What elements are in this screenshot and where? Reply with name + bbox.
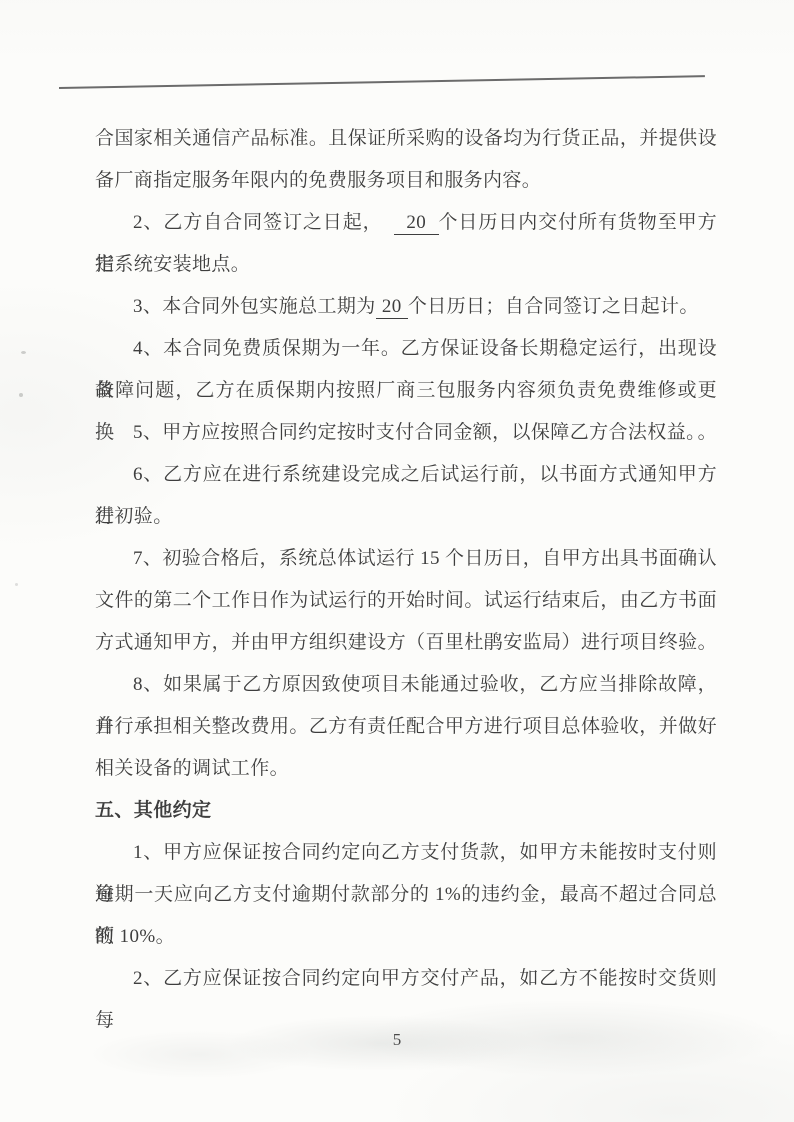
text-run: 2、乙方自合同签订之日起，: [133, 212, 394, 233]
text-line: 8、如果属于乙方原因致使项目未能通过验收，乙方应当排除故障，并: [95, 664, 717, 706]
text-line: 2、乙方应保证按合同约定向甲方交付产品，如乙方不能按时交货则每: [95, 958, 717, 1000]
text-run: 个日历日；自合同签订之日起计。: [408, 296, 699, 317]
text-run: 备厂商指定服务年限内的免费服务项目和服务内容。: [95, 170, 541, 191]
text-run: 7、初验合格后，系统总体试运行 15 个日历日，自甲方出具书面确认: [133, 548, 717, 569]
underlined-value: 20: [394, 212, 439, 235]
text-line: 合国家相关通信产品标准。且保证所采购的设备均为行货正品，并提供设: [95, 118, 717, 160]
text-line: 1、甲方应保证按合同约定向乙方支付货款，如甲方未能按时支付则每: [95, 832, 717, 874]
text-line: 文件的第二个工作日作为试运行的开始时间。试运行结束后，由乙方书面: [95, 580, 717, 622]
text-line: 备厂商指定服务年限内的免费服务项目和服务内容。: [95, 160, 717, 202]
text-run: 5、甲方应按照合同约定按时支付合同金额，以保障乙方合法权益。: [133, 422, 706, 443]
text-line: 6、乙方应在进行系统建设完成之后试运行前，以书面方式通知甲方进: [95, 454, 717, 496]
header-rule-line: [59, 75, 705, 88]
text-line: 定系统安装地点。: [95, 244, 717, 286]
text-run: 文件的第二个工作日作为试运行的开始时间。试运行结束后，由乙方书面: [95, 590, 717, 611]
text-run: 的 10%。: [95, 926, 175, 947]
text-run: 自行承担相关整改费用。乙方有责任配合甲方进行项目总体验收，并做好: [95, 716, 717, 737]
text-run: 合国家相关通信产品标准。且保证所采购的设备均为行货正品，并提供设: [95, 128, 717, 149]
scan-speck: [21, 351, 26, 354]
page-number: 5: [0, 1028, 794, 1052]
scan-speck: [19, 393, 23, 397]
scanned-contract-page: { "page": { "number": "5", "background_c…: [0, 0, 794, 1122]
text-run: 3、本合同外包实施总工期为: [133, 296, 376, 317]
underlined-value: 20: [376, 296, 408, 319]
text-run: 行初验。: [95, 506, 173, 527]
text-line: 自行承担相关整改费用。乙方有责任配合甲方进行项目总体验收，并做好: [95, 706, 717, 748]
text-line: 4、本合同免费质保期为一年。乙方保证设备长期稳定运行，出现设备: [95, 328, 717, 370]
document-body: 合国家相关通信产品标准。且保证所采购的设备均为行货正品，并提供设备厂商指定服务年…: [95, 118, 717, 1000]
text-run: 定系统安装地点。: [95, 254, 250, 275]
section-heading: 五、其他约定: [95, 790, 717, 832]
text-line: 的 10%。: [95, 916, 717, 958]
text-line: 7、初验合格后，系统总体试运行 15 个日历日，自甲方出具书面确认: [95, 538, 717, 580]
text-line: 2、乙方自合同签订之日起， 20 个日历日内交付所有货物至甲方指: [95, 202, 717, 244]
text-line: 故障问题，乙方在质保期内按照厂商三包服务内容须负责免费维修或更换。: [95, 370, 717, 412]
text-run: 2、乙方应保证按合同约定向甲方交付产品，如乙方不能按时交货则每: [95, 968, 717, 1031]
text-line: 3、本合同外包实施总工期为 20 个日历日；自合同签订之日起计。: [95, 286, 717, 328]
text-run: 相关设备的调试工作。: [95, 758, 289, 779]
text-line: 5、甲方应按照合同约定按时支付合同金额，以保障乙方合法权益。: [95, 412, 717, 454]
text-run: 五、其他约定: [95, 800, 211, 821]
text-run: 方式通知甲方，并由甲方组织建设方（百里杜鹃安监局）进行项目终验。: [95, 632, 717, 653]
text-line: 行初验。: [95, 496, 717, 538]
text-line: 逾期一天应向乙方支付逾期付款部分的 1%的违约金，最高不超过合同总额: [95, 874, 717, 916]
text-line: 方式通知甲方，并由甲方组织建设方（百里杜鹃安监局）进行项目终验。: [95, 622, 717, 664]
text-line: 相关设备的调试工作。: [95, 748, 717, 790]
scan-speck: [15, 583, 18, 586]
